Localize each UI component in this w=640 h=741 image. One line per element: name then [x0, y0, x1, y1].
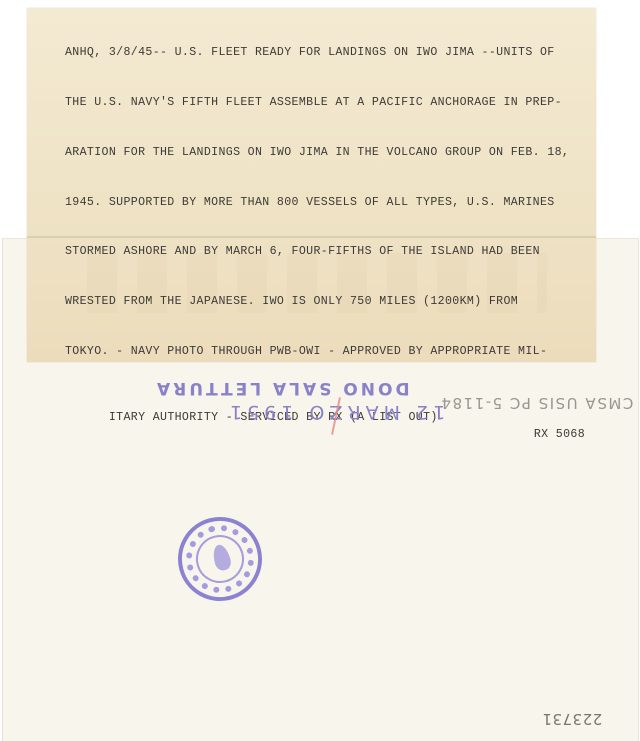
- caption-line: TOKYO. - NAVY PHOTO THROUGH PWB-OWI - AP…: [65, 344, 585, 361]
- caption-line: THE U.S. NAVY'S FIFTH FLEET ASSEMBLE AT …: [65, 95, 585, 112]
- reference-code: RX 5068: [534, 427, 585, 444]
- inventory-number: 223731: [542, 710, 602, 728]
- caption-line: WRESTED FROM THE JAPANESE. IWO IS ONLY 7…: [65, 294, 585, 311]
- caption-line: 1945. SUPPORTED BY MORE THAN 800 VESSELS…: [65, 195, 585, 212]
- caption-line: ARATION FOR THE LANDINGS ON IWO JIMA IN …: [65, 145, 585, 162]
- caption-paper: ANHQ, 3/8/45-- U.S. FLEET READY FOR LAND…: [27, 8, 596, 362]
- donation-stamp-line-1: DONO SALA LETTURA: [154, 378, 410, 398]
- archive-pencil-note: CMSA USIS PC 5-1184: [440, 394, 633, 412]
- caption-line: STORMED ASHORE AND BY MARCH 6, FOUR-FIFT…: [65, 244, 585, 261]
- caption-line: ANHQ, 3/8/45-- U.S. FLEET READY FOR LAND…: [65, 45, 585, 62]
